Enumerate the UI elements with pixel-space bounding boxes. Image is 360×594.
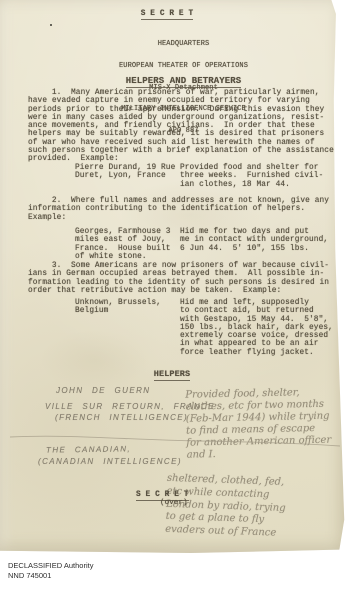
scanned-document-page: { "document": { "classification_top": "S… xyxy=(0,0,360,594)
document-scan: S E C R E T HEADQUARTERS EUROPEAN THEATE… xyxy=(0,0,347,553)
classification-stamp-top: S E C R E T xyxy=(0,10,334,18)
helpers-section-heading: HELPERS xyxy=(0,370,344,378)
classification-stamp-top-text: S E C R E T xyxy=(141,10,194,20)
letterhead-headquarters: HEADQUARTERS xyxy=(20,41,347,48)
example-1-assistance: Provided food and shelter for three week… xyxy=(180,164,335,189)
helper-entry-2-affiliation: (CANADIAN INTELLIGENCE) xyxy=(38,457,182,466)
over-note: (over) xyxy=(160,499,188,507)
example-1-helper: Pierre Durand, 19 Rue Duret, Lyon, Franc… xyxy=(75,164,185,181)
paragraph-2: 2. Where full names and addresses are no… xyxy=(28,197,336,222)
helper-entry-1-affiliation: (FRENCH INTELLIGENCE) xyxy=(55,413,188,422)
example-2-assistance: Hid me for two days and put me in contac… xyxy=(180,228,335,253)
helper-entry-2-note: sheltered, clothed, fed, etc while conta… xyxy=(165,473,352,543)
example-3-betrayer: Unknown, Brussels, Belgium xyxy=(75,299,185,316)
example-2-helper: Georges, Farmhouse 3 miles east of Jouy,… xyxy=(75,228,185,261)
declassification-note: DECLASSIFIED Authority NND 745001 xyxy=(8,561,93,580)
paragraph-1: 1. Many American prisoners of war, parti… xyxy=(28,89,336,164)
example-3-betrayal-details: Hid me and left, supposedly to contact a… xyxy=(180,299,335,357)
declassified-authority-number: NND 745001 xyxy=(8,571,93,581)
paper-speck xyxy=(50,24,52,26)
helper-entry-1-name: JOHN DE GUERN xyxy=(56,386,150,395)
document-title-text: HELPERS AND BETRAYERS xyxy=(126,76,242,88)
helper-entry-2-name: THE CANADIAN, xyxy=(46,444,131,454)
declassified-authority-label: DECLASSIFIED Authority xyxy=(8,561,93,571)
helpers-section-heading-text: HELPERS xyxy=(154,369,190,381)
paragraph-3: 3. Some Americans are now prisoners of w… xyxy=(28,262,336,295)
paper-stain xyxy=(40,330,150,390)
document-title: HELPERS AND BETRAYERS xyxy=(20,77,347,85)
helper-entry-1-note: Provided food, shelter, clothes, etc for… xyxy=(185,386,346,461)
letterhead-theater: EUROPEAN THEATER OF OPERATIONS xyxy=(20,63,347,70)
